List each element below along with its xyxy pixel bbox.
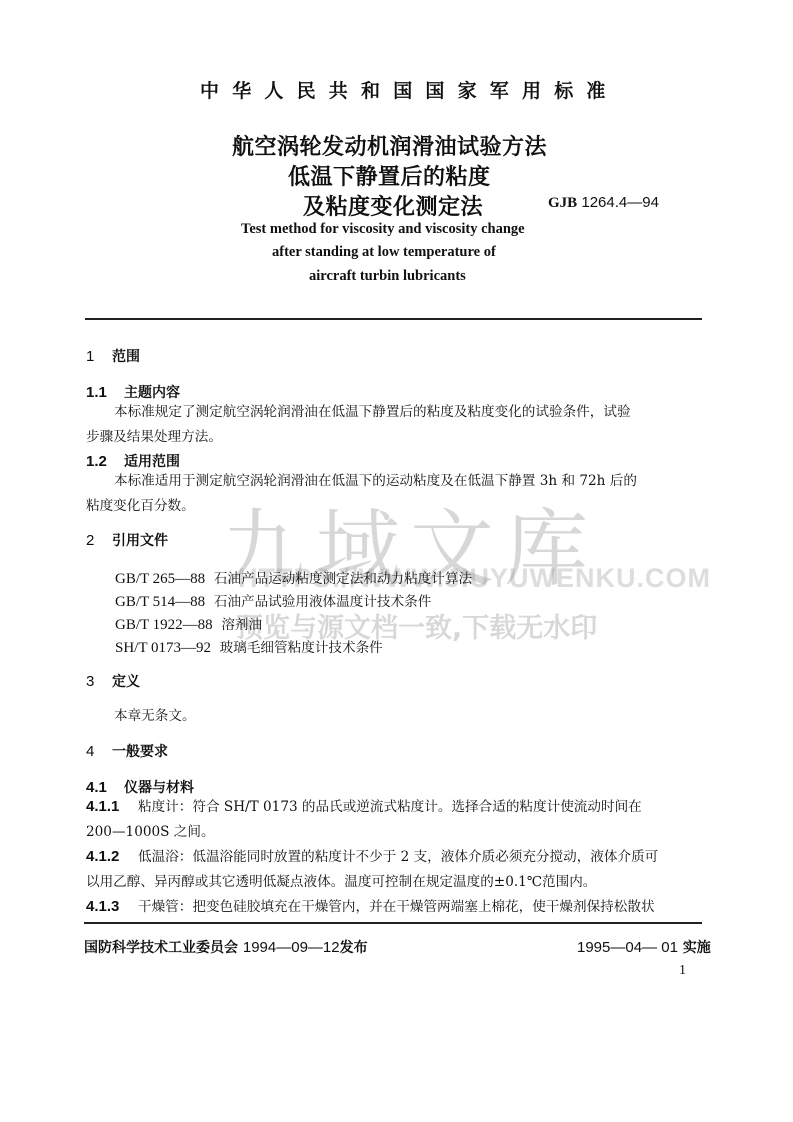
reference-code: GB/T 514—88 <box>115 594 205 610</box>
section-title: 引用文件 <box>112 533 168 549</box>
footer-divider <box>84 922 702 924</box>
reference-code: GB/T 265—88 <box>115 571 205 587</box>
section-1-heading: 1范围 <box>86 346 140 366</box>
designation-number: 1264.4—94 <box>581 194 659 211</box>
section-title: 定义 <box>112 674 140 690</box>
section-4-heading: 4一般要求 <box>86 741 168 761</box>
section-1-1-para-line-1: 本标准规定了测定航空涡轮润滑油在低温下静置后的粘度及粘度变化的试验条件，试验 <box>114 399 631 425</box>
english-title-line-1: Test method for viscosity and viscosity … <box>241 221 525 238</box>
reference-title: 玻璃毛细管粘度计技术条件 <box>220 640 383 656</box>
section-3-para: 本章无条文。 <box>114 703 196 729</box>
section-1-2-para-line-2: 粘度变化百分数。 <box>86 493 195 519</box>
reference-item: GB/T 265—88 石油产品运动粘度测定法和动力粘度计算法 <box>115 567 472 588</box>
standard-designation: GJB 1264.4—94 <box>548 194 659 212</box>
section-3-heading: 3定义 <box>86 671 140 691</box>
reference-title: 石油产品运动粘度测定法和动力粘度计算法 <box>214 571 472 587</box>
reference-item: GB/T 1922—88 溶剂油 <box>115 613 262 634</box>
clause-4-1-1-line-2: 200—1000S 之间。 <box>86 819 215 845</box>
issue-info: 国防科学技术工业委员会 1994—09—12发布 <box>84 937 368 957</box>
section-number: 4 <box>86 743 112 760</box>
page-number: 1 <box>679 963 686 979</box>
english-title-line-2: after standing at low temperature of <box>272 244 496 261</box>
standard-type-heading: 中华人民共和国国家军用标准 <box>200 76 619 103</box>
clause-text: 粘度计：符合 SH/T 0173 的品氏或逆流式粘度计。选择合适的粘度计使流动时… <box>138 799 642 815</box>
header-divider <box>85 318 702 320</box>
clause-4-1-1-line-1: 4.1.1粘度计：符合 SH/T 0173 的品氏或逆流式粘度计。选择合适的粘度… <box>86 794 642 820</box>
clause-text: 低温浴：低温浴能同时放置的粘度计不少于 2 支，液体介质必须充分搅动，液体介质可 <box>138 849 658 865</box>
issue-label: 发布 <box>340 940 368 956</box>
effective-date: 1995—04— 01 <box>577 939 678 956</box>
section-2-heading: 2引用文件 <box>86 530 168 550</box>
section-number: 3 <box>86 673 112 690</box>
effective-label: 实施 <box>683 940 711 956</box>
reference-title: 石油产品试验用液体温度计技术条件 <box>214 594 432 610</box>
title-line-1: 航空涡轮发动机润滑油试验方法 <box>232 130 547 161</box>
reference-title: 溶剂油 <box>221 617 262 633</box>
reference-code: SH/T 0173—92 <box>115 640 211 656</box>
section-title: 一般要求 <box>112 744 168 760</box>
section-1-2-para-line-1: 本标准适用于测定航空涡轮润滑油在低温下的运动粘度及在低温下静置 3h 和 72h… <box>114 468 637 494</box>
english-title-line-3: aircraft turbin lubricants <box>309 268 466 285</box>
clause-number: 4.1.1 <box>86 794 138 820</box>
section-title: 范围 <box>112 349 140 365</box>
section-number: 1 <box>86 348 112 365</box>
clause-number: 4.1.3 <box>86 894 138 920</box>
reference-item: SH/T 0173—92 玻璃毛细管粘度计技术条件 <box>115 636 383 657</box>
reference-item: GB/T 514—88 石油产品试验用液体温度计技术条件 <box>115 590 431 611</box>
issuer: 国防科学技术工业委员会 <box>84 940 238 956</box>
clause-4-1-2-line-2: 以用乙醇、异丙醇或其它透明低凝点液体。温度可控制在规定温度的±0.1℃范围内。 <box>86 869 596 895</box>
title-line-2: 低温下静置后的粘度 <box>288 160 491 191</box>
section-number: 2 <box>86 532 112 549</box>
title-line-3: 及粘度变化测定法 <box>303 190 483 221</box>
issue-date: 1994—09—12 <box>243 939 340 956</box>
designation-prefix: GJB <box>548 195 577 211</box>
effective-info: 1995—04— 01 实施 <box>577 937 711 957</box>
clause-number: 4.1.2 <box>86 844 138 870</box>
clause-text: 干燥管：把变色硅胶填充在干燥管内，并在干燥管两端塞上棉花，使干燥剂保持松散状 <box>138 899 655 915</box>
clause-4-1-2-line-1: 4.1.2低温浴：低温浴能同时放置的粘度计不少于 2 支，液体介质必须充分搅动，… <box>86 844 658 870</box>
clause-4-1-3-line-1: 4.1.3干燥管：把变色硅胶填充在干燥管内，并在干燥管两端塞上棉花，使干燥剂保持… <box>86 894 655 920</box>
reference-code: GB/T 1922—88 <box>115 617 213 633</box>
section-1-1-para-line-2: 步骤及结果处理方法。 <box>86 424 222 450</box>
